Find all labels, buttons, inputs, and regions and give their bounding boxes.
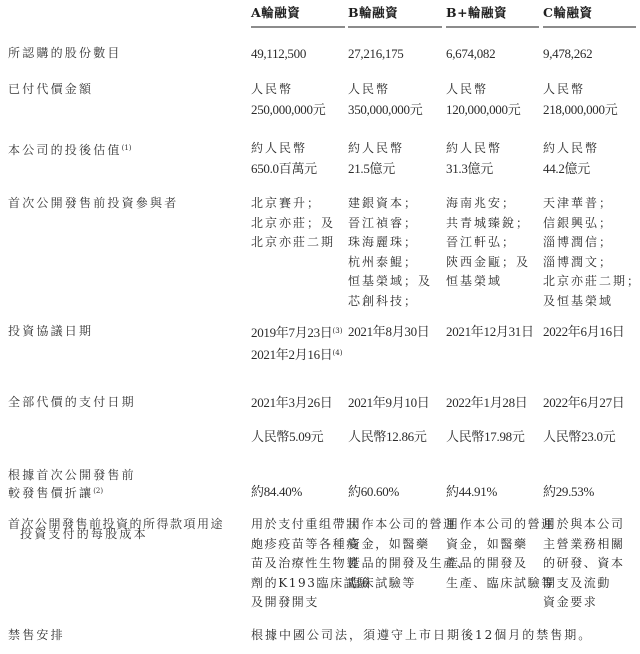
valuation-b: 約人民幣 21.5億元 bbox=[348, 139, 404, 178]
footnote-3: (3) bbox=[333, 327, 343, 335]
use-of-proceeds-c: 用於與本公司 主營業務相關 的研發、資本 開支及流動 資金要求 bbox=[543, 515, 625, 613]
row-label-investors: 首次公開發售前投資參與者 bbox=[8, 194, 178, 214]
agreement-date-b-plus: 2021年12月31日 bbox=[446, 322, 534, 343]
row-label-shares: 所認購的股份數目 bbox=[8, 44, 122, 64]
row-label-agreement-date: 投資協議日期 bbox=[8, 322, 93, 342]
footnote-4: (4) bbox=[333, 349, 343, 357]
investors-b: 建銀資本； 晉江禎睿； 珠海麗珠； 杭州泰鯤； 恒基榮域；及 芯創科技； bbox=[348, 194, 432, 311]
consideration-c: 人民幣 218,000,000元 bbox=[543, 80, 617, 119]
row-label-consideration: 已付代價金額 bbox=[8, 80, 93, 100]
row-label-payment-date: 全部代價的支付日期 bbox=[8, 393, 136, 413]
shares-b-plus: 6,674,082 bbox=[446, 44, 495, 65]
shares-b: 27,216,175 bbox=[348, 44, 404, 65]
consideration-b-plus: 人民幣 120,000,000元 bbox=[446, 80, 520, 119]
agreement-date-a: 2019年7月23日(3) 2021年2月16日(4) bbox=[251, 322, 342, 365]
column-header-c: C輪融資 bbox=[543, 3, 636, 28]
footnote-2: (2) bbox=[93, 487, 103, 495]
row-label-discount: 較發售價折讓(2) bbox=[8, 482, 103, 504]
cost-per-share-b-plus: 人民幣17.98元 bbox=[446, 427, 525, 448]
payment-date-b: 2021年9月10日 bbox=[348, 393, 430, 414]
row-label-lockup: 禁售安排 bbox=[8, 626, 65, 646]
agreement-date-c: 2022年6月16日 bbox=[543, 322, 625, 343]
row-label-cost-per-share: 根據首次公開發售前 投資支付的每股成本 bbox=[8, 427, 148, 583]
use-of-proceeds-b-plus: 用作本公司的營運 資金，如醫藥 產品的開發及 生產、臨床試驗等 bbox=[446, 515, 555, 593]
payment-date-b-plus: 2022年1月28日 bbox=[446, 393, 528, 414]
investors-a: 北京賽升； 北京亦莊；及 北京亦莊二期 bbox=[251, 194, 335, 253]
cost-per-share-c: 人民幣23.0元 bbox=[543, 427, 615, 448]
valuation-b-plus: 約人民幣 31.3億元 bbox=[446, 139, 502, 178]
row-label-use-of-proceeds: 首次公開發售前投資的所得款項用途 bbox=[8, 515, 224, 535]
column-header-b: B輪融資 bbox=[348, 3, 442, 28]
consideration-a: 人民幣 250,000,000元 bbox=[251, 80, 325, 119]
investors-b-plus: 海南兆安； 共青城臻銳； 晉江軒弘； 陝西金甌；及 恒基榮域 bbox=[446, 194, 530, 292]
row-label-valuation: 本公司的投後估值(1) bbox=[8, 139, 132, 161]
discount-b: 約60.60% bbox=[348, 482, 399, 503]
cost-per-share-a: 人民幣5.09元 bbox=[251, 427, 323, 448]
lockup-value: 根據中國公司法，須遵守上市日期後12個月的禁售期。 bbox=[251, 626, 592, 646]
discount-a: 約84.40% bbox=[251, 482, 302, 503]
valuation-c: 約人民幣 44.2億元 bbox=[543, 139, 599, 178]
discount-b-plus: 約44.91% bbox=[446, 482, 497, 503]
investors-c: 天津華普； 信銀興弘； 淄博潤信； 淄博潤文； 北京亦莊二期； 及恒基榮域 bbox=[543, 194, 640, 311]
discount-c: 約29.53% bbox=[543, 482, 594, 503]
valuation-a: 約人民幣 650.0百萬元 bbox=[251, 139, 317, 178]
shares-c: 9,478,262 bbox=[543, 44, 592, 65]
column-header-a: A輪融資 bbox=[251, 3, 345, 28]
agreement-date-b: 2021年8月30日 bbox=[348, 322, 430, 343]
payment-date-a: 2021年3月26日 bbox=[251, 393, 333, 414]
pre-ipo-investment-table: A輪融資 B輪融資 B+輪融資 C輪融資 所認購的股份數目 49,112,500… bbox=[0, 0, 640, 654]
column-header-b-plus: B+輪融資 bbox=[446, 3, 539, 28]
shares-a: 49,112,500 bbox=[251, 44, 306, 65]
payment-date-c: 2022年6月27日 bbox=[543, 393, 625, 414]
cost-per-share-b: 人民幣12.86元 bbox=[348, 427, 427, 448]
consideration-b: 人民幣 350,000,000元 bbox=[348, 80, 422, 119]
footnote-1: (1) bbox=[122, 144, 132, 152]
